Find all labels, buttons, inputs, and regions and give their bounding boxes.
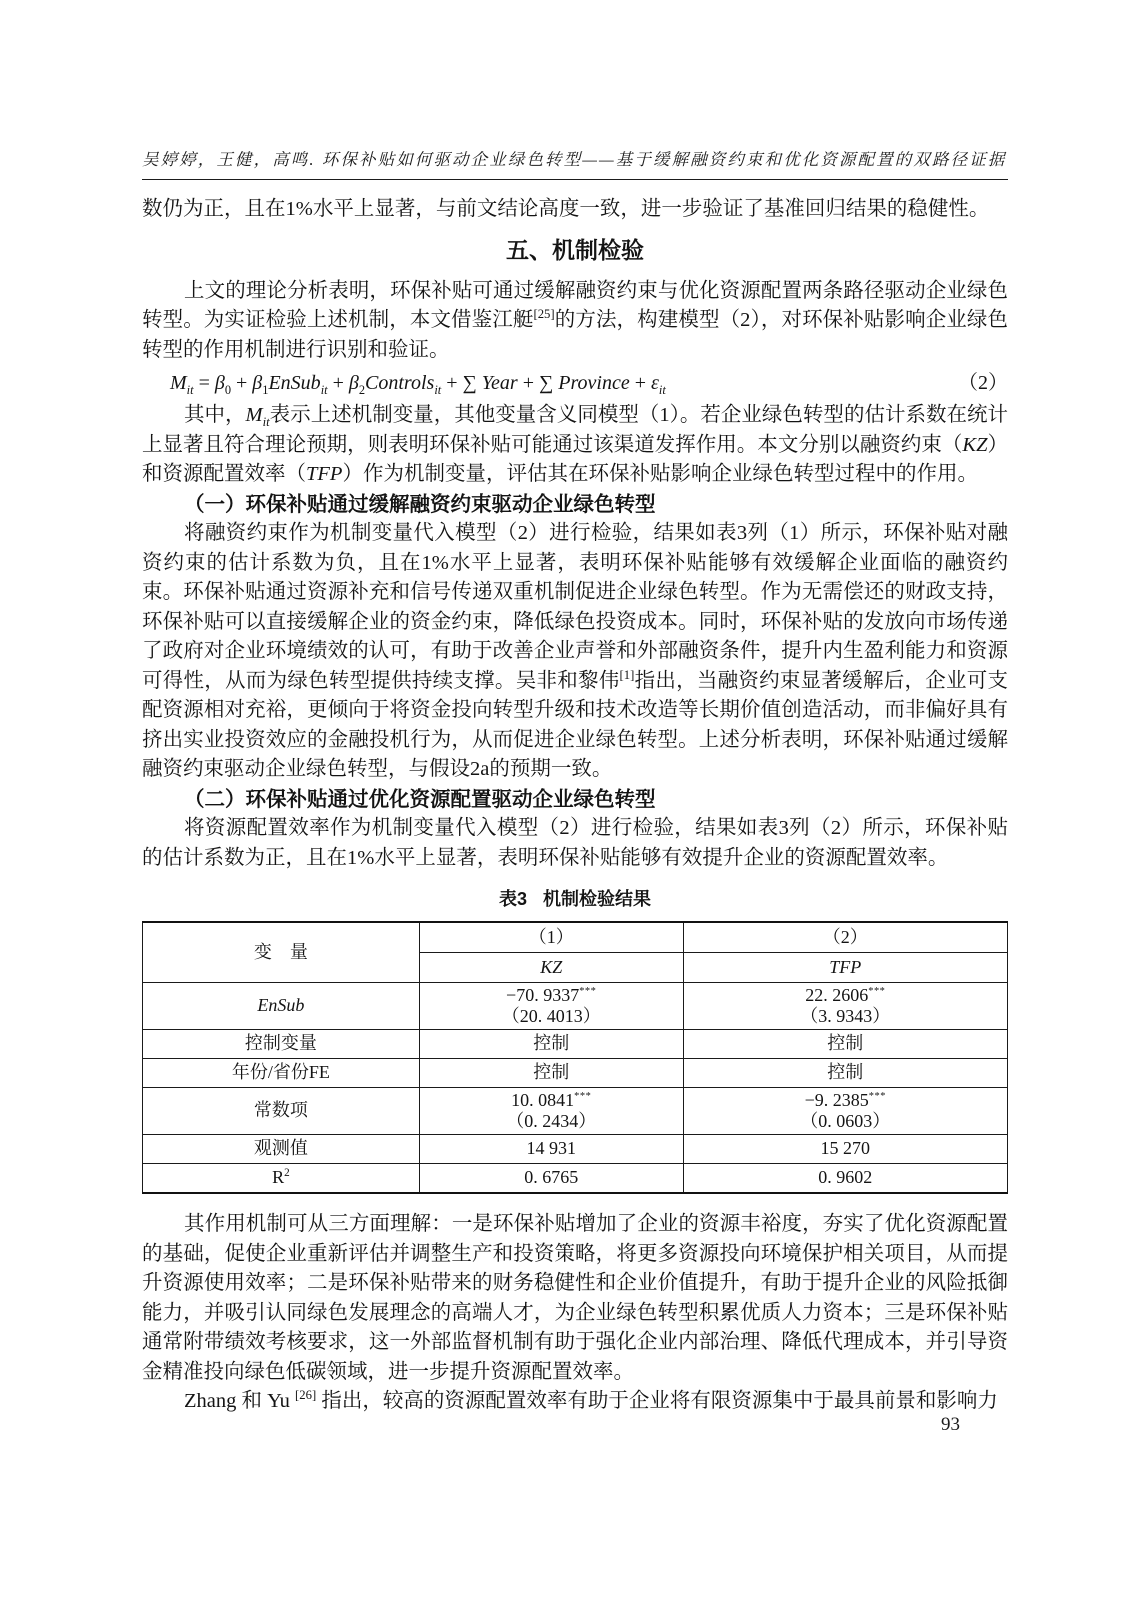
coefficient-line: 22. 2606*** [690,985,1001,1007]
paragraph-model-explain: 其中，Mit表示上述机制变量，其他变量含义同模型（1）。若企业绿色转型的估计系数… [142,401,1008,490]
row-label-ensub: EnSub [143,983,420,1030]
cell-obs-kz: 14 931 [419,1135,683,1164]
running-head: 吴婷婷，王健，高鸣. 环保补贴如何驱动企业绿色转型——基于缓解融资约束和优化资源… [142,146,1008,180]
equation-number: （2） [958,368,1008,398]
table-row-fe: 年份/省份FE 控制 控制 [143,1059,1008,1088]
table-header-variable: 变 量 [143,922,420,983]
coefficient-line: 10. 0841*** [426,1090,677,1112]
table-header-row-1: 变 量 （1） （2） [143,922,1008,953]
paragraph-intro: 上文的理论分析表明，环保补贴可通过缓解融资约束与优化资源配置两条路径驱动企业绿色… [142,277,1008,366]
page-content: 吴婷婷，王健，高鸣. 环保补贴如何驱动企业绿色转型——基于缓解融资约束和优化资源… [142,146,1008,1417]
se-line: （20. 4013） [426,1006,677,1028]
row-label-r2: R2 [143,1164,420,1194]
paragraph-mechanism-explain: 其作用机制可从三方面理解：一是环保补贴增加了企业的资源丰裕度，夯实了优化资源配置… [142,1210,1008,1387]
subsection-title-2: （二）环保补贴通过优化资源配置驱动企业绿色转型 [142,785,1008,815]
cell-controls-kz: 控制 [419,1030,683,1059]
cell-ensub-tfp: 22. 2606*** （3. 9343） [683,983,1007,1030]
cell-r2-kz: 0. 6765 [419,1164,683,1194]
significance-stars: *** [868,986,885,997]
page-number: 93 [941,1414,960,1436]
cell-fe-tfp: 控制 [683,1059,1007,1088]
paragraph-financing-constraint: 将融资约束作为机制变量代入模型（2）进行检验，结果如表3列（1）所示，环保补贴对… [142,519,1008,785]
coefficient-line: −70. 9337*** [426,985,677,1007]
cell-ensub-kz: −70. 9337*** （20. 4013） [419,983,683,1030]
table-row-constant: 常数项 10. 0841*** （0. 2434） −9. 2385*** （0… [143,1088,1008,1135]
table-header-col2: （2） [683,922,1007,953]
table-row-controls: 控制变量 控制 控制 [143,1030,1008,1059]
mechanism-test-table: 变 量 （1） （2） KZ TFP EnSub −70. 9337*** （2… [142,921,1008,1194]
equation-2: Mit = β0 + β1EnSubit + β2Controlsit + ∑ … [142,368,1008,398]
paragraph-resource-allocation: 将资源配置效率作为机制变量代入模型（2）进行检验，结果如表3列（2）所示，环保补… [142,814,1008,873]
significance-stars: *** [579,986,596,997]
significance-stars: *** [574,1091,591,1102]
equation-body: Mit = β0 + β1EnSubit + β2Controlsit + ∑ … [170,368,666,398]
se-line: （0. 2434） [426,1111,677,1133]
paragraph-continued: 数仍为正，且在1%水平上显著，与前文结论高度一致，进一步验证了基准回归结果的稳健… [142,195,1008,225]
row-label-fe: 年份/省份FE [143,1059,420,1088]
table-caption-text: 机制检验结果 [543,889,651,909]
cell-constant-tfp: −9. 2385*** （0. 0603） [683,1088,1007,1135]
table-row-observations: 观测值 14 931 15 270 [143,1135,1008,1164]
se-line: （3. 9343） [690,1006,1001,1028]
cell-r2-tfp: 0. 9602 [683,1164,1007,1194]
cell-controls-tfp: 控制 [683,1030,1007,1059]
significance-stars: *** [869,1091,886,1102]
table-row-ensub: EnSub −70. 9337*** （20. 4013） 22. 2606**… [143,983,1008,1030]
se-line: （0. 0603） [690,1111,1001,1133]
coefficient-line: −9. 2385*** [690,1090,1001,1112]
section-title: 五、机制检验 [142,237,1008,263]
row-label-controls: 控制变量 [143,1030,420,1059]
cell-fe-kz: 控制 [419,1059,683,1088]
table-row-r2: R2 0. 6765 0. 9602 [143,1164,1008,1194]
row-label-constant: 常数项 [143,1088,420,1135]
paragraph-zhang-yu: Zhang 和 Yu [26] 指出，较高的资源配置效率有助于企业将有限资源集中… [142,1387,1008,1417]
table-header-col1: （1） [419,922,683,953]
table-header-kz: KZ [419,953,683,983]
cell-obs-tfp: 15 270 [683,1135,1007,1164]
subsection-title-1: （一）环保补贴通过缓解融资约束驱动企业绿色转型 [142,490,1008,520]
table-header-tfp: TFP [683,953,1007,983]
row-label-observations: 观测值 [143,1135,420,1164]
table-caption: 表3机制检验结果 [142,885,1008,911]
table-caption-label: 表3 [499,889,527,909]
cell-constant-kz: 10. 0841*** （0. 2434） [419,1088,683,1135]
